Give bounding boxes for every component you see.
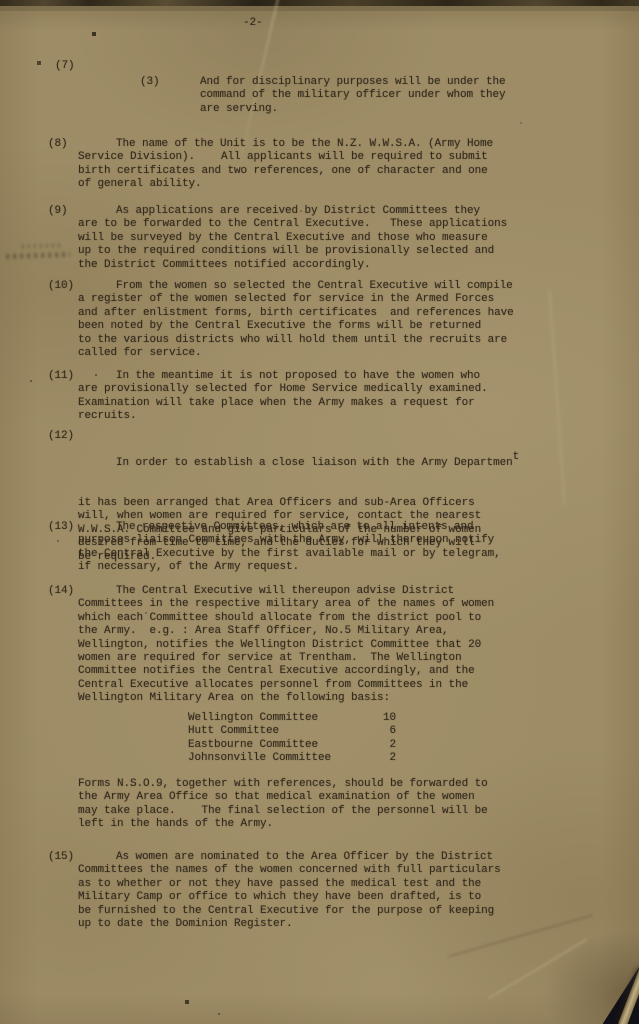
committee-name: Johnsonville Committee <box>188 752 331 765</box>
paragraph-14-followup: Forms N.S.O.9, together with references,… <box>0 778 639 832</box>
paper-crease <box>488 939 588 1000</box>
paragraph-text: The name of the Unit is to be the N.Z. W… <box>78 138 583 192</box>
paragraph-number: (11) <box>48 370 74 383</box>
paragraph-text: As applications are received by District… <box>78 205 583 272</box>
paragraph-number: (10) <box>48 280 74 293</box>
allocation-row: Eastbourne Committee 2 <box>188 739 396 752</box>
page-number: -2- <box>243 17 263 30</box>
paragraph-15: (15) As women are nominated to the Area … <box>0 851 639 931</box>
allocation-row: Hutt Committee 6 <box>188 725 396 738</box>
ink-specks <box>0 0 2 2</box>
allocation-row: Wellington Committee 10 <box>188 712 396 725</box>
committee-count: 2 <box>389 739 396 752</box>
paragraph-text: From the women so selected the Central E… <box>78 280 583 360</box>
committee-name: Wellington Committee <box>188 712 318 725</box>
paper-edge-shadow <box>0 6 639 11</box>
document-page: -2- (7) (3) And for disciplinary purpose… <box>0 0 639 1024</box>
paragraph-number: (9) <box>48 205 68 218</box>
paragraph-number: (15) <box>48 851 74 864</box>
paragraph-8: (8) The name of the Unit is to be the N.… <box>0 138 639 192</box>
paragraph-10: (10) From the women so selected the Cent… <box>0 280 639 360</box>
committee-name: Eastbourne Committee <box>188 739 318 752</box>
paragraph-14: (14) The Central Executive will thereupo… <box>0 585 639 706</box>
paragraph-text: Forms N.S.O.9, together with references,… <box>78 778 583 832</box>
paragraph-text: And for disciplinary purposes will be un… <box>200 76 590 116</box>
paragraph-7-sub-3: (3) And for disciplinary purposes will b… <box>0 76 639 116</box>
paragraph-number: (8) <box>48 138 68 151</box>
committee-count: 6 <box>389 725 396 738</box>
paragraph-text: In the meantime it is not proposed to ha… <box>78 370 583 424</box>
paragraph-12-line1: In order to establish a close liaison wi… <box>78 457 583 470</box>
paragraph-number: (7) <box>55 60 75 73</box>
paragraph-text: As women are nominated to the Area Offic… <box>78 851 583 931</box>
paragraph-number: (12) <box>48 430 74 443</box>
paragraph-text: The Central Executive will thereupon adv… <box>78 585 583 706</box>
paragraph-13: (13) The respective Committees, which ar… <box>0 521 639 575</box>
committee-count: 10 <box>383 712 396 725</box>
superscript-correction: t <box>513 451 520 463</box>
allocation-table: Wellington Committee 10 Hutt Committee 6… <box>188 712 396 766</box>
paragraph-number: (14) <box>48 585 74 598</box>
paragraph-12-lead: In order to establish a close liaison wi… <box>116 457 513 469</box>
paragraph-9: (9) As applications are received by Dist… <box>0 205 639 272</box>
paragraph-11: (11) In the meantime it is not proposed … <box>0 370 639 424</box>
committee-name: Hutt Committee <box>188 725 279 738</box>
committee-count: 2 <box>389 752 396 765</box>
allocation-row: Johnsonville Committee 2 <box>188 752 396 765</box>
paragraph-number: (13) <box>48 521 74 534</box>
paragraph-text: The respective Committees, which are to … <box>78 521 583 575</box>
sub-paragraph-number: (3) <box>140 76 160 89</box>
